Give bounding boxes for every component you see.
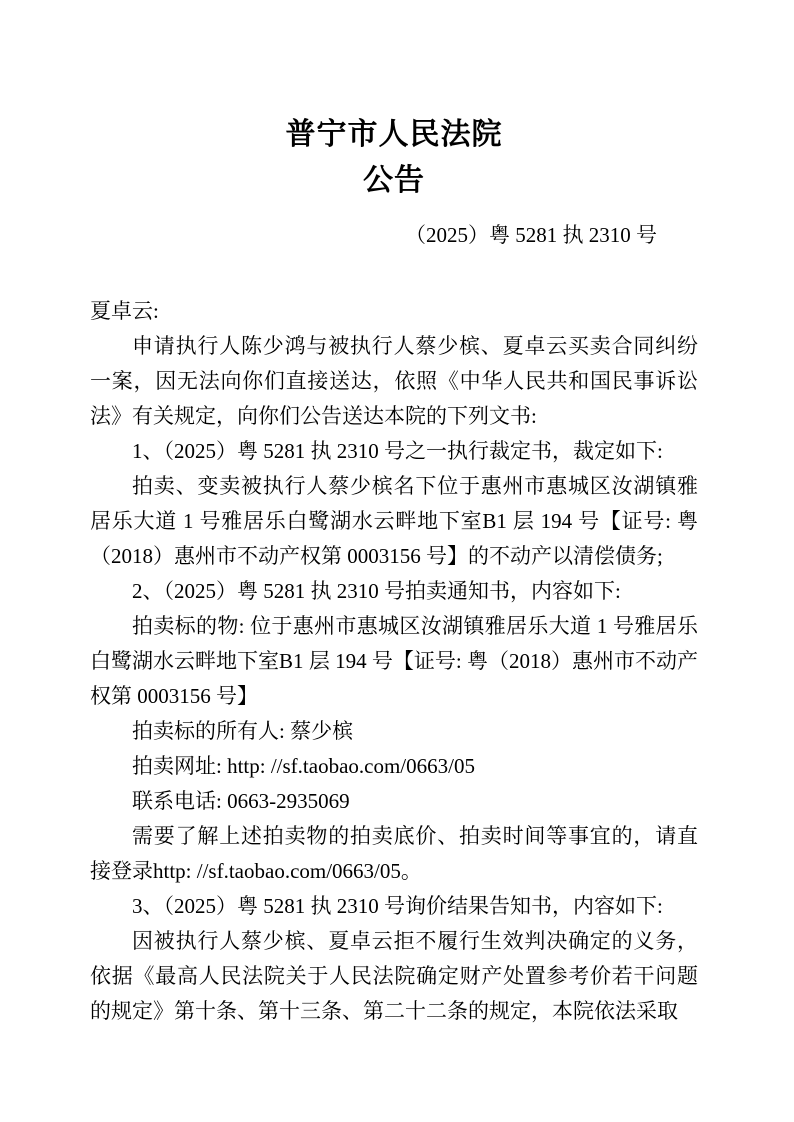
document-title: 公告 — [90, 158, 698, 204]
paragraph: 2、（2025）粤 5281 执 2310 号拍卖通知书，内容如下: — [90, 574, 698, 609]
paragraph: 申请执行人陈少鸿与被执行人蔡少槟、夏卓云买卖合同纠纷一案，因无法向你们直接送达，… — [90, 329, 698, 434]
document-body: 夏卓云:申请执行人陈少鸿与被执行人蔡少槟、夏卓云买卖合同纠纷一案，因无法向你们直… — [90, 294, 698, 1029]
court-name: 普宁市人民法院 — [90, 112, 698, 158]
case-number: （2025）粤 5281 执 2310 号 — [90, 220, 698, 250]
paragraph: 联系电话: 0663-2935069 — [90, 784, 698, 819]
paragraph: 拍卖标的物: 位于惠州市惠城区汝湖镇雅居乐大道 1 号雅居乐白鹭湖水云畔地下室B… — [90, 609, 698, 714]
paragraph: 夏卓云: — [90, 294, 698, 329]
paragraph: 拍卖标的所有人: 蔡少槟 — [90, 714, 698, 749]
document-page: 普宁市人民法院 公告 （2025）粤 5281 执 2310 号 夏卓云:申请执… — [0, 0, 794, 1122]
paragraph: 拍卖、变卖被执行人蔡少槟名下位于惠州市惠城区汝湖镇雅居乐大道 1 号雅居乐白鹭湖… — [90, 469, 698, 574]
paragraph: 需要了解上述拍卖物的拍卖底价、拍卖时间等事宜的，请直接登录http: //sf.… — [90, 819, 698, 889]
paragraph: 因被执行人蔡少槟、夏卓云拒不履行生效判决确定的义务，依据《最高人民法院关于人民法… — [90, 924, 698, 1029]
paragraph: 拍卖网址: http: //sf.taobao.com/0663/05 — [90, 749, 698, 784]
paragraph: 1、（2025）粤 5281 执 2310 号之一执行裁定书，裁定如下: — [90, 434, 698, 469]
paragraph: 3、（2025）粤 5281 执 2310 号询价结果告知书，内容如下: — [90, 889, 698, 924]
